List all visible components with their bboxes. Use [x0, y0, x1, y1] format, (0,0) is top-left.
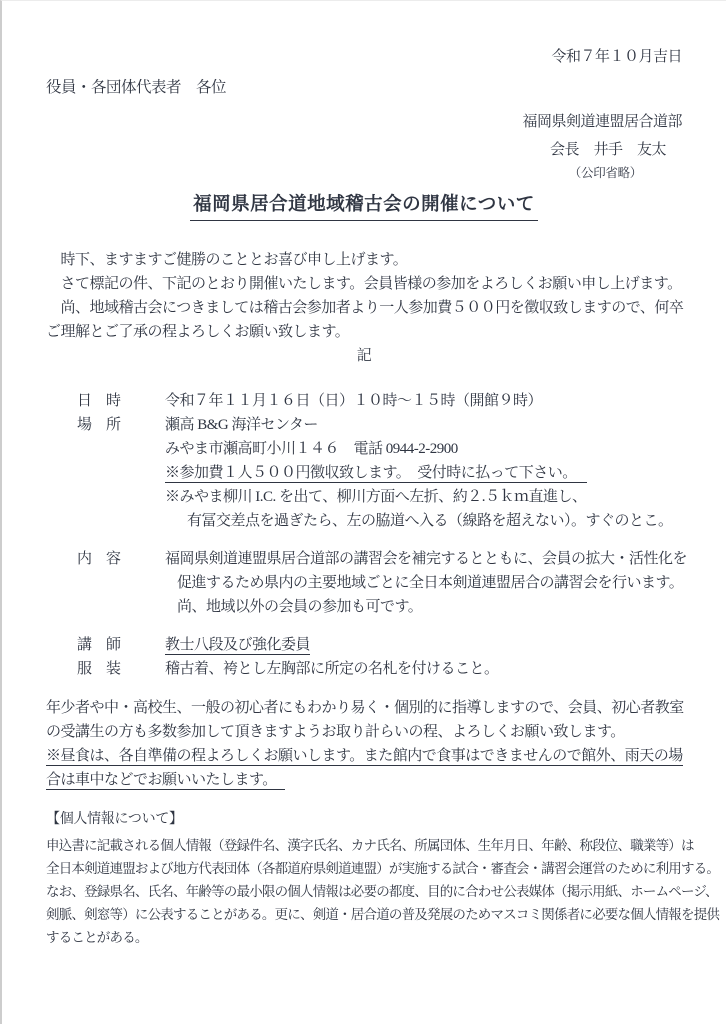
access-note-1: ※みやま柳川 I.C. を出て、柳川方面へ左折、約２.５ｋｍ直進し、	[165, 485, 682, 509]
content-line: 促進するため県内の主要地域ごとに全日本剣道連盟居合の講習会を行います。	[177, 571, 682, 595]
privacy-line: 全日本剣道連盟および地方代表団体（各都道府県剣道連盟）が実施する試合・審査会・講…	[46, 857, 682, 880]
spacer	[46, 619, 682, 633]
dress-value: 稽古着、袴とし左胸部に所定の名札を付けること。	[165, 657, 499, 681]
lecturer-row: 講 師 教士八段及び強化委員	[46, 633, 682, 657]
title-row: 福岡県居合道地域稽古会の開催について	[46, 193, 682, 221]
lecturer-value: 教士八段及び強化委員	[165, 633, 310, 657]
dress-row: 服 装 稽古着、袴とし左胸部に所定の名札を付けること。	[46, 657, 682, 681]
greeting-line: ご理解とご了承の程よろしくお願い致します。	[46, 320, 682, 344]
privacy-line: なお、登録県名、氏名、年齢等の最小限の個人情報は必要の都度、目的に合わせ公表媒体…	[46, 880, 682, 903]
page-title: 福岡県居合道地域稽古会の開催について	[190, 193, 538, 221]
content-label: 内 容	[77, 547, 165, 571]
greeting-line: 時下、ますますご健勝のこととお喜び申し上げます。	[46, 248, 682, 272]
datetime-value: 令和７年１１月１６日（日）１０時～１５時（開館９時）	[165, 389, 542, 413]
scanned-document-page: 令和７年１０月吉日 役員・各団体代表者 各位 福岡県剣道連盟居合道部 会長 井手…	[0, 0, 726, 1024]
place-row: 場 所 瀬高 B&G 海洋センター	[46, 413, 682, 437]
place-label: 場 所	[77, 413, 165, 437]
lunch-note-line: ※昼食は、各自準備の程よろしくお願いします。また館内で食事はできませんので館外、…	[46, 744, 682, 768]
closing-paragraph: 年少者や中・高校生、一般の初心者にもわかり易く・個別的に指導しますので、会員、初…	[46, 696, 682, 792]
privacy-heading: 【個人情報について】	[46, 808, 682, 832]
datetime-label: 日 時	[77, 389, 165, 413]
content-row: 内 容 福岡県剣道連盟県居合道部の講習会を補完するとともに、会員の拡大・活性化を	[46, 547, 682, 571]
content-line: 尚、地域以外の会員の参加も可です。	[177, 595, 682, 619]
greeting-paragraph: 時下、ますますご健勝のこととお喜び申し上げます。 さて標記の件、下記のとおり開催…	[46, 248, 682, 369]
fee-note: ※参加費１人５００円徴収致します。 受付時に払って下さい。	[165, 461, 682, 485]
privacy-section: 【個人情報について】 申込書に記載される個人情報（登録件名、漢字氏名、カナ氏名、…	[46, 808, 682, 949]
spacer	[46, 533, 682, 547]
closing-line: の受講生の方も多数参加して頂きますようお取り計らいの程、よろしくお願い致します。	[46, 720, 682, 744]
seal-omission-note: （公印省略）	[46, 165, 682, 181]
place-value: 瀬高 B&G 海洋センター	[165, 413, 318, 437]
greeting-line: 尚、地域稽古会につきましては稽古会参加者より一人参加費５００円を徴収致しますので…	[46, 296, 682, 320]
addressee-line: 役員・各団体代表者 各位	[46, 76, 682, 100]
closing-line: 年少者や中・高校生、一般の初心者にもわかり易く・個別的に指導しますので、会員、初…	[46, 696, 682, 720]
lunch-note-line: 合は車中などでお願いいたします。	[46, 768, 682, 792]
access-note-2: 有冨交差点を過ぎたら、左の脇道へ入る（線路を超えない）。すぐのとこ。	[187, 509, 682, 533]
document-content: 令和７年１０月吉日 役員・各団体代表者 各位 福岡県剣道連盟居合道部 会長 井手…	[2, 45, 726, 949]
organization-name: 福岡県剣道連盟居合道部	[46, 110, 682, 134]
president-name: 会長 井手 友太	[46, 138, 682, 162]
dress-label: 服 装	[77, 657, 165, 681]
privacy-line: 剣脈、剣窓等）に公表することがある。更に、剣道・居合道の普及発展のためマスコミ関…	[46, 903, 682, 926]
ki-marker: 記	[46, 344, 682, 369]
content-line: 福岡県剣道連盟県居合道部の講習会を補完するとともに、会員の拡大・活性化を	[165, 547, 687, 571]
place-address: みやま市瀬高町小川１４６ 電話 0944-2-2900	[165, 437, 682, 461]
datetime-row: 日 時 令和７年１１月１６日（日）１０時～１５時（開館９時）	[46, 389, 682, 413]
event-details: 日 時 令和７年１１月１６日（日）１０時～１５時（開館９時） 場 所 瀬高 B&…	[46, 389, 682, 681]
privacy-line: することがある。	[46, 926, 682, 949]
lecturer-label: 講 師	[77, 633, 165, 657]
privacy-line: 申込書に記載される個人情報（登録件名、漢字氏名、カナ氏名、所属団体、生年月日、年…	[46, 834, 682, 857]
issue-date: 令和７年１０月吉日	[46, 45, 682, 69]
greeting-line: さて標記の件、下記のとおり開催いたします。会員皆様の参加をよろしくお願い申し上げ…	[46, 272, 682, 296]
